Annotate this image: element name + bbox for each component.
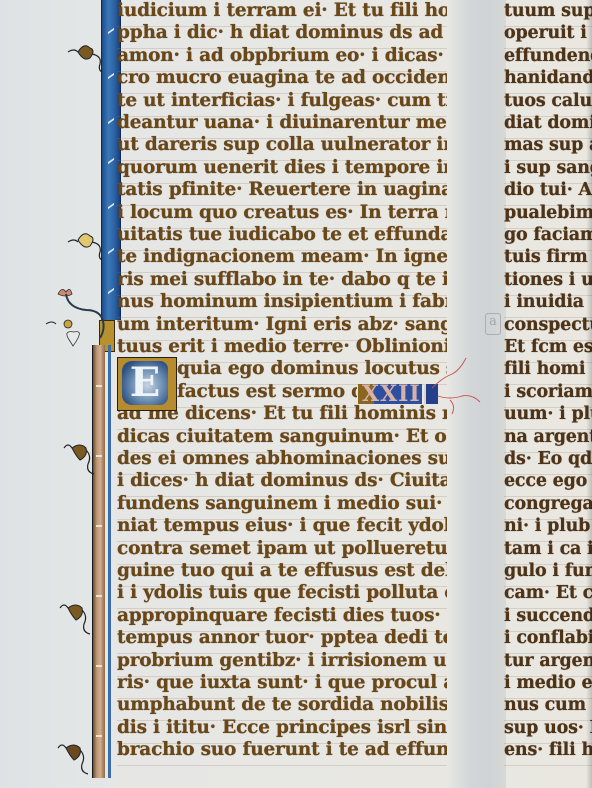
chapter-number-badge: XXII [358,384,438,406]
ivy-leaf-icon [66,228,110,262]
ivy-leaf-icon [56,600,100,640]
ivy-leaf-icon [60,440,104,480]
right-text-column: tuum sup so operuit i te effundendu hani… [504,0,592,788]
ivy-spray-icon [44,276,124,356]
ivy-leaf-icon [66,40,110,74]
red-pen-flourish-icon [430,350,500,420]
border-bar-thin-blue [108,345,111,778]
offset-initial-ghost: a [485,313,501,335]
text-line: ens· fili h [504,739,592,766]
ivy-leaf-icon [54,740,98,780]
border-bar-tan [92,345,105,778]
text-line: brachio suo fuerunt i te ad effundendu s… [117,739,447,766]
initial-letter: E [122,361,168,405]
chapter-number: XXII [362,381,421,407]
manuscript-page: iudicium i terram ei· Et tu fili homis p… [0,0,592,788]
page-edge-shadow [586,0,592,788]
illuminated-initial: E [117,357,177,411]
